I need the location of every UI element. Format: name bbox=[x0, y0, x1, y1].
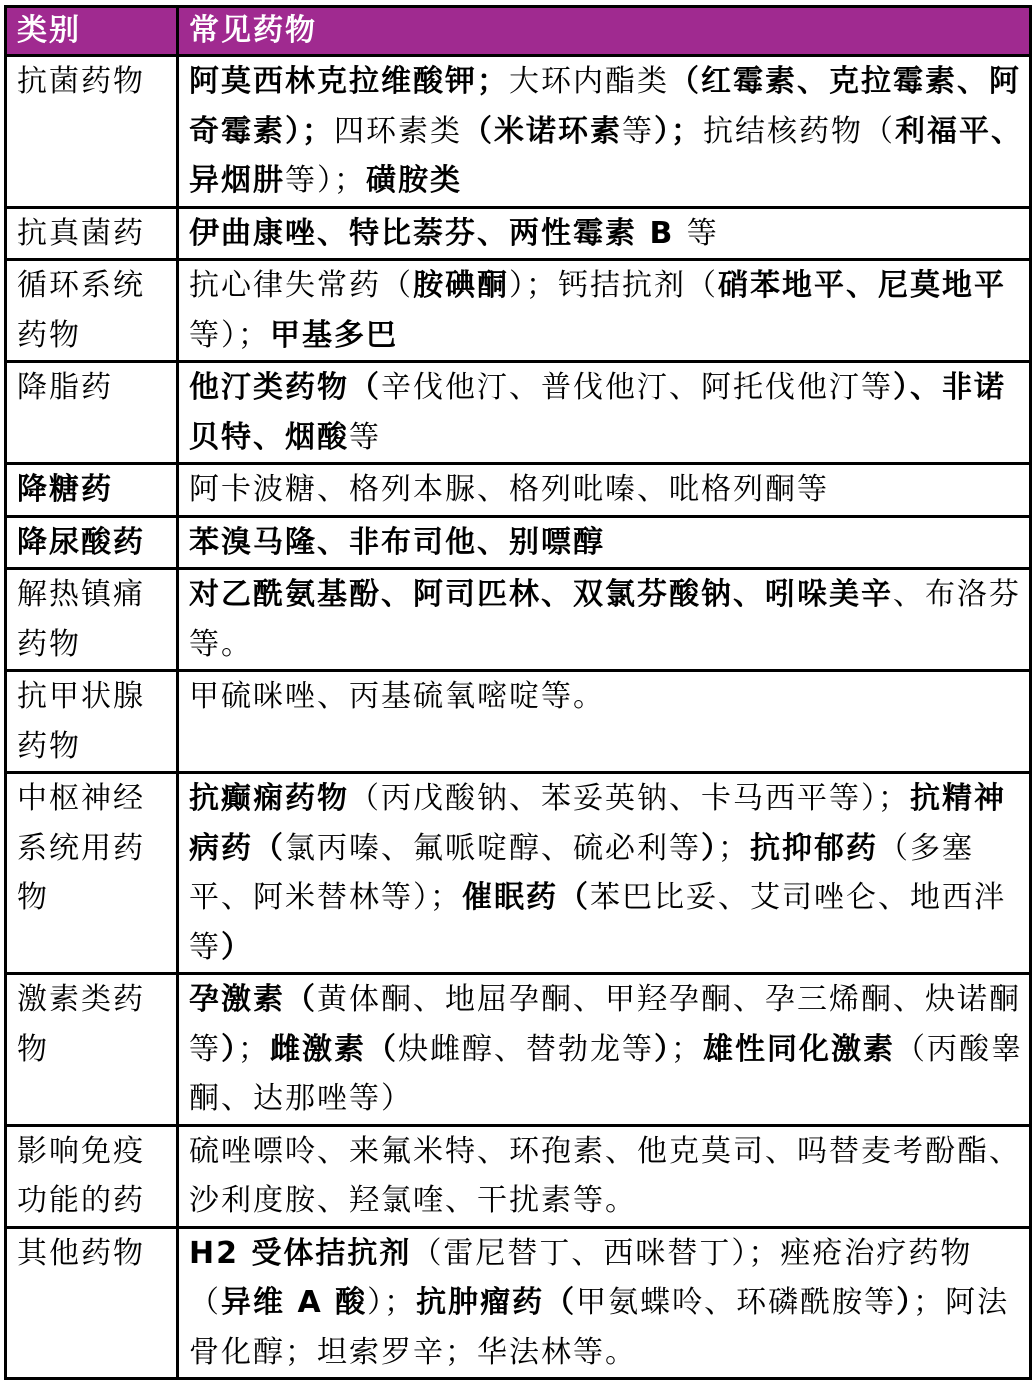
drugs-cell: 孕激素（黄体酮、地屈孕酮、甲羟孕酮、孕三烯酮、炔诺酮等）；雌激素（炔雌醇、替勃龙… bbox=[178, 974, 1031, 1126]
drugs-cell: 对乙酰氨基酚、阿司匹林、双氯芬酸钠、吲哚美辛、布洛芬等。 bbox=[178, 569, 1031, 671]
drug-table-container: 类别 常见药物 抗菌药物阿莫西林克拉维酸钾；大环内酯类（红霉素、克拉霉素、阿奇霉… bbox=[4, 5, 1029, 1355]
drug-name-bold: 孕激素（ bbox=[189, 982, 317, 1017]
drug-text: ； bbox=[718, 831, 750, 866]
category-cell: 解热镇痛药物 bbox=[6, 569, 178, 671]
table-row: 降糖药阿卡波糖、格列本脲、格列吡嗪、吡格列酮等 bbox=[6, 464, 1031, 517]
drug-text: ； bbox=[238, 1032, 270, 1067]
drug-text: ）；钙拮抗剂（ bbox=[509, 268, 718, 303]
table-row: 激素类药物孕激素（黄体酮、地屈孕酮、甲羟孕酮、孕三烯酮、炔诺酮等）；雌激素（炔雌… bbox=[6, 974, 1031, 1126]
drug-text: 等 bbox=[687, 216, 719, 251]
drug-interaction-table: 类别 常见药物 抗菌药物阿莫西林克拉维酸钾；大环内酯类（红霉素、克拉霉素、阿奇霉… bbox=[4, 5, 1032, 1355]
category-cell: 循环系统药物 bbox=[6, 260, 178, 362]
drug-text: 四环素类 bbox=[334, 114, 462, 149]
drug-name-bold: 雄性同化激素 bbox=[703, 1032, 895, 1067]
table-row: 抗甲状腺药物甲硫咪唑、丙基硫氧嘧啶等。 bbox=[6, 671, 1031, 773]
drug-text: 辛伐他汀、普伐他汀、阿托伐他汀等 bbox=[381, 370, 893, 405]
drug-name-bold: 对乙酰氨基酚、阿司匹林、双氯芬酸钠、吲哚美辛 bbox=[189, 577, 893, 612]
drugs-cell: 阿卡波糖、格列本脲、格列吡嗪、吡格列酮等 bbox=[178, 464, 1031, 517]
drug-name-bold: 催眠药（ bbox=[462, 880, 590, 915]
category-cell: 中枢神经系统用药物 bbox=[6, 773, 178, 974]
table-header-row: 类别 常见药物 bbox=[6, 7, 1031, 56]
header-category: 类别 bbox=[6, 7, 178, 56]
drug-name-bold: ）； bbox=[654, 114, 703, 149]
drug-text: 等 bbox=[622, 114, 654, 149]
drugs-cell: 苯溴马隆、非布司他、别嘌醇 bbox=[178, 516, 1031, 569]
category-cell: 抗真菌药 bbox=[6, 207, 178, 260]
drugs-cell: 抗癫痫药物（丙戊酸钠、苯妥英钠、卡马西平等）；抗精神病药（氯丙嗪、氟哌啶醇、硫必… bbox=[178, 773, 1031, 974]
category-cell: 抗菌药物 bbox=[6, 56, 178, 208]
drug-name-bold: 他汀类药物（ bbox=[189, 370, 381, 405]
category-cell: 降尿酸药 bbox=[6, 516, 178, 569]
drug-text: 氯丙嗪、氟哌啶醇、硫必利等 bbox=[285, 831, 701, 866]
drug-text: ）； bbox=[367, 1285, 416, 1320]
drugs-cell: 阿莫西林克拉维酸钾；大环内酯类（红霉素、克拉霉素、阿奇霉素）；四环素类（米诺环素… bbox=[178, 56, 1031, 208]
drugs-cell: H2 受体拮抗剂（雷尼替丁、西咪替丁）；痤疮治疗药物（异维 A 酸）；抗肿瘤药（… bbox=[178, 1227, 1031, 1355]
drug-name-bold: （米诺环素 bbox=[462, 114, 622, 149]
table-row: 抗真菌药伊曲康唑、特比萘芬、两性霉素 B 等 bbox=[6, 207, 1031, 260]
table-row: 降脂药他汀类药物（辛伐他汀、普伐他汀、阿托伐他汀等）、非诺贝特、烟酸等 bbox=[6, 362, 1031, 464]
category-cell: 降脂药 bbox=[6, 362, 178, 464]
drug-name-bold: 硝苯地平、尼莫地平 bbox=[718, 268, 1006, 303]
drug-name-bold: 阿莫西林克拉维酸钾； bbox=[189, 64, 509, 99]
category-cell: 激素类药物 bbox=[6, 974, 178, 1126]
drug-text: 甲硫咪唑、丙基硫氧嘧啶等。 bbox=[189, 679, 605, 714]
drug-text: 抗结核药物（ bbox=[703, 114, 895, 149]
drug-text: 等）； bbox=[189, 318, 270, 353]
drug-name-bold: 磺胺类 bbox=[366, 163, 462, 198]
drug-text: 阿卡波糖、格列本脲、格列吡嗪、吡格列酮等 bbox=[189, 472, 829, 507]
drug-name-bold: ） bbox=[654, 1032, 671, 1067]
drug-name-bold: 胺碘酮 bbox=[413, 268, 509, 303]
drug-name-bold: 甲基多巴 bbox=[270, 318, 398, 353]
category-cell: 抗甲状腺药物 bbox=[6, 671, 178, 773]
drug-text: 甲氨蝶呤、环磷酰胺等 bbox=[576, 1285, 896, 1320]
drug-text: 硫唑嘌呤、来氟米特、环孢素、他克莫司、吗替麦考酚酯、沙利度胺、羟氯喹、干扰素等。 bbox=[189, 1134, 1021, 1219]
table-row: 其他药物H2 受体拮抗剂（雷尼替丁、西咪替丁）；痤疮治疗药物（异维 A 酸）；抗… bbox=[6, 1227, 1031, 1355]
drug-name-bold: 伊曲康唑、特比萘芬、两性霉素 B bbox=[189, 216, 687, 251]
drugs-cell: 伊曲康唑、特比萘芬、两性霉素 B 等 bbox=[178, 207, 1031, 260]
drug-name-bold: 抗抑郁药 bbox=[750, 831, 878, 866]
drug-name-bold: ） bbox=[701, 831, 718, 866]
drug-text: 等 bbox=[349, 420, 381, 455]
header-common-drugs: 常见药物 bbox=[178, 7, 1031, 56]
table-row: 抗菌药物阿莫西林克拉维酸钾；大环内酯类（红霉素、克拉霉素、阿奇霉素）；四环素类（… bbox=[6, 56, 1031, 208]
drug-name-bold: 雌激素（ bbox=[270, 1032, 398, 1067]
drugs-cell: 甲硫咪唑、丙基硫氧嘧啶等。 bbox=[178, 671, 1031, 773]
table-row: 循环系统药物抗心律失常药（胺碘酮）；钙拮抗剂（硝苯地平、尼莫地平等）；甲基多巴 bbox=[6, 260, 1031, 362]
drug-name-bold: H2 受体拮抗剂 bbox=[189, 1236, 411, 1271]
drug-text: 炔雌醇、替勃龙等 bbox=[398, 1032, 654, 1067]
category-cell: 影响免疫功能的药 bbox=[6, 1125, 178, 1227]
drug-name-bold: 抗癫痫药物 bbox=[189, 781, 349, 816]
drug-name-bold: 抗肿瘤药（ bbox=[416, 1285, 576, 1320]
category-cell: 降糖药 bbox=[6, 464, 178, 517]
drug-text: 大环内酯类 bbox=[509, 64, 669, 99]
table-row: 降尿酸药苯溴马隆、非布司他、别嘌醇 bbox=[6, 516, 1031, 569]
table-body: 抗菌药物阿莫西林克拉维酸钾；大环内酯类（红霉素、克拉霉素、阿奇霉素）；四环素类（… bbox=[6, 56, 1031, 1356]
drug-text: （丙戊酸钠、苯妥英钠、卡马西平等）； bbox=[349, 781, 910, 816]
table-row: 中枢神经系统用药物抗癫痫药物（丙戊酸钠、苯妥英钠、卡马西平等）；抗精神病药（氯丙… bbox=[6, 773, 1031, 974]
drug-name-bold: ） bbox=[221, 1032, 238, 1067]
drugs-cell: 硫唑嘌呤、来氟米特、环孢素、他克莫司、吗替麦考酚酯、沙利度胺、羟氯喹、干扰素等。 bbox=[178, 1125, 1031, 1227]
drug-name-bold: 异维 A 酸 bbox=[221, 1285, 367, 1320]
drug-name-bold: 苯溴马隆、非布司他、别嘌醇 bbox=[189, 525, 605, 560]
drugs-cell: 他汀类药物（辛伐他汀、普伐他汀、阿托伐他汀等）、非诺贝特、烟酸等 bbox=[178, 362, 1031, 464]
drug-text: 等）； bbox=[285, 163, 366, 198]
table-row: 解热镇痛药物对乙酰氨基酚、阿司匹林、双氯芬酸钠、吲哚美辛、布洛芬等。 bbox=[6, 569, 1031, 671]
table-row: 影响免疫功能的药硫唑嘌呤、来氟米特、环孢素、他克莫司、吗替麦考酚酯、沙利度胺、羟… bbox=[6, 1125, 1031, 1227]
category-cell: 其他药物 bbox=[6, 1227, 178, 1355]
drug-name-bold: ） bbox=[896, 1285, 913, 1320]
drugs-cell: 抗心律失常药（胺碘酮）；钙拮抗剂（硝苯地平、尼莫地平等）；甲基多巴 bbox=[178, 260, 1031, 362]
drug-text: ； bbox=[671, 1032, 703, 1067]
drug-text: 抗心律失常药（ bbox=[189, 268, 413, 303]
drug-name-bold: ） bbox=[221, 930, 253, 965]
